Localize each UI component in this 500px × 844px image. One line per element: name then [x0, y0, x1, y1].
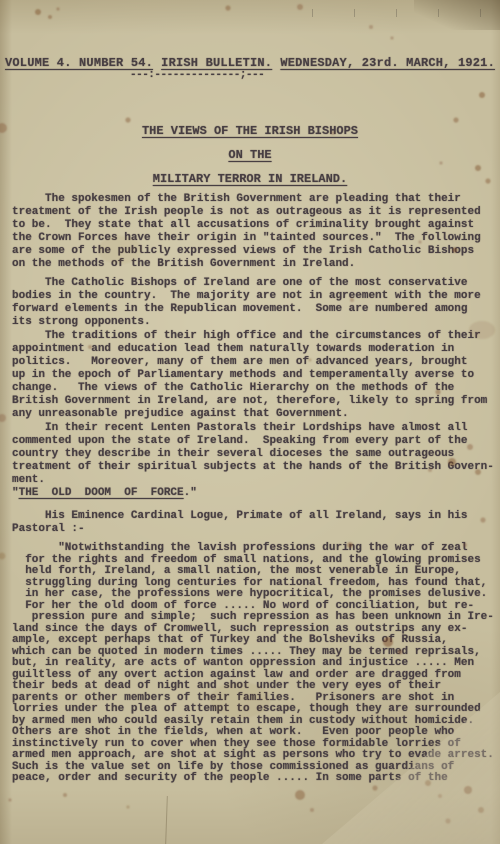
section-heading-open-quote: "	[12, 487, 19, 499]
masthead-divider: ---:--------------;---	[130, 69, 264, 81]
document-page: VOLUME 4. NUMBER 54. IRISH BULLETIN. WED…	[0, 0, 500, 844]
cardinal-logue-quote: "Notwithstanding the lavish professions …	[12, 543, 500, 785]
title-line-2: ON THE	[0, 143, 500, 167]
pencil-marks	[312, 9, 482, 17]
title-line-1-text: THE VIEWS OF THE IRISH BISHOPS	[142, 124, 358, 138]
masthead-publication-name: IRISH BULLETIN.	[161, 56, 272, 70]
section-heading-close-quote: ."	[184, 487, 197, 499]
document-title: THE VIEWS OF THE IRISH BISHOPS ON THE MI…	[0, 119, 500, 191]
bottom-crease	[165, 796, 168, 844]
paragraph-traditions: The traditions of their high office and …	[12, 330, 500, 421]
masthead-date: WEDNESDAY, 23rd. MARCH, 1921.	[280, 56, 495, 70]
title-line-3: MILITARY TERROR IN IRELAND.	[0, 167, 500, 191]
paragraph-lenten-pastorals: In their recent Lenten Pastorals their L…	[12, 422, 500, 487]
paragraph-catholic-bishops: The Catholic Bishops of Ireland are one …	[12, 277, 500, 329]
section-heading-text: THE OLD DOOM OF FORCE	[19, 487, 184, 499]
section-heading: "THE OLD DOOM OF FORCE."	[12, 487, 500, 500]
title-line-1: THE VIEWS OF THE IRISH BISHOPS	[0, 119, 500, 143]
paragraph-spokesmen: The spokesmen of the British Government …	[12, 193, 500, 271]
top-right-corner-shadow	[414, 0, 500, 30]
masthead: VOLUME 4. NUMBER 54. IRISH BULLETIN. WED…	[5, 56, 495, 70]
title-line-2-text: ON THE	[228, 148, 271, 162]
pastoral-intro: His Eminence Cardinal Logue, Primate of …	[12, 510, 500, 536]
masthead-volume-number: VOLUME 4. NUMBER 54.	[5, 56, 153, 70]
title-line-3-text: MILITARY TERROR IN IRELAND.	[153, 172, 347, 186]
